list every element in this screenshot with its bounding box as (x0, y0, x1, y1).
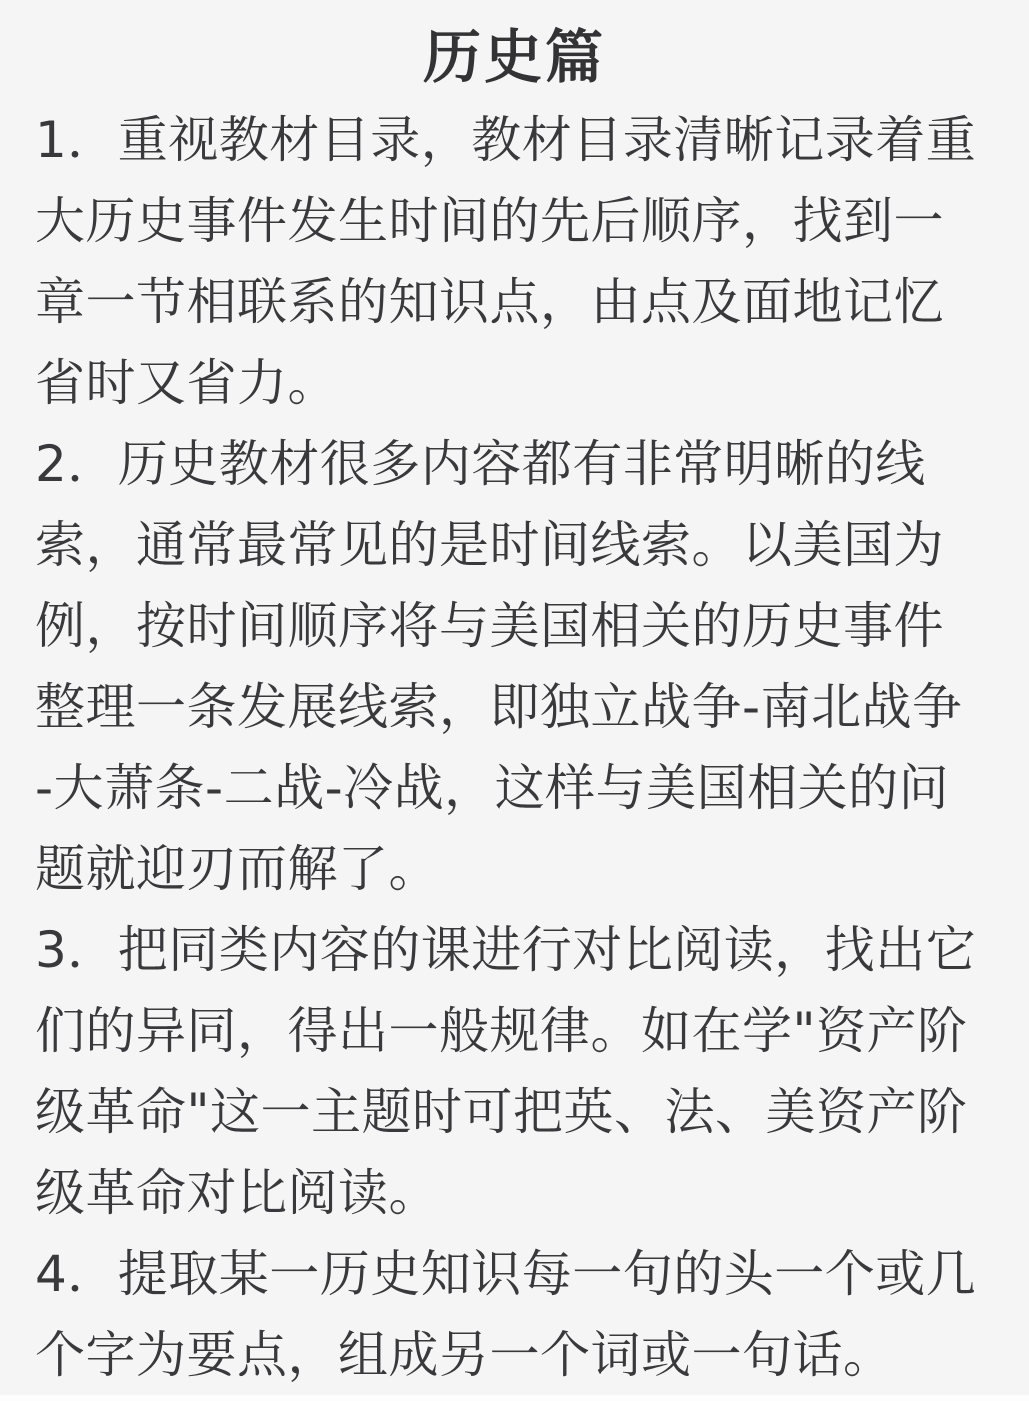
text-line: 例，按时间顺序将与美国相关的历史事件 (35, 586, 1019, 667)
text-line: 大历史事件发生时间的先后顺序，找到一 (35, 181, 1019, 262)
article-body: 1．重视教材目录，教材目录清晰记录着重 大历史事件发生时间的先后顺序，找到一 章… (0, 92, 1029, 1396)
page-title: 历史篇 (0, 0, 1029, 92)
text-line: 级革命对比阅读。 (35, 1153, 1019, 1234)
text-line: 们的异同，得出一般规律。如在学"资产阶 (35, 991, 1019, 1072)
paragraph-1: 1．重视教材目录，教材目录清晰记录着重 大历史事件发生时间的先后顺序，找到一 章… (35, 100, 1019, 424)
text-line: 4．提取某一历史知识每一句的头一个或几 (35, 1234, 1019, 1315)
text-line: 个字为要点，组成另一个词或一句话。 (35, 1315, 1019, 1396)
text-line: 2．历史教材很多内容都有非常明晰的线 (35, 424, 1019, 505)
text-line: -大萧条-二战-冷战，这样与美国相关的问 (35, 748, 1019, 829)
paragraph-2: 2．历史教材很多内容都有非常明晰的线 索，通常最常见的是时间线索。以美国为 例，… (35, 424, 1019, 910)
text-line: 章一节相联系的知识点，由点及面地记忆 (35, 262, 1019, 343)
text-line: 3．把同类内容的课进行对比阅读，找出它 (35, 910, 1019, 991)
paragraph-4: 4．提取某一历史知识每一句的头一个或几 个字为要点，组成另一个词或一句话。 (35, 1234, 1019, 1396)
article-page: 历史篇 1．重视教材目录，教材目录清晰记录着重 大历史事件发生时间的先后顺序，找… (0, 0, 1029, 1401)
text-line: 索，通常最常见的是时间线索。以美国为 (35, 505, 1019, 586)
text-line: 整理一条发展线索，即独立战争-南北战争 (35, 667, 1019, 748)
text-line: 1．重视教材目录，教材目录清晰记录着重 (35, 100, 1019, 181)
bottom-edge-strip (0, 1395, 1029, 1401)
text-line: 级革命"这一主题时可把英、法、美资产阶 (35, 1072, 1019, 1153)
paragraph-3: 3．把同类内容的课进行对比阅读，找出它 们的异同，得出一般规律。如在学"资产阶 … (35, 910, 1019, 1234)
text-line: 省时又省力。 (35, 343, 1019, 424)
text-line: 题就迎刃而解了。 (35, 829, 1019, 910)
